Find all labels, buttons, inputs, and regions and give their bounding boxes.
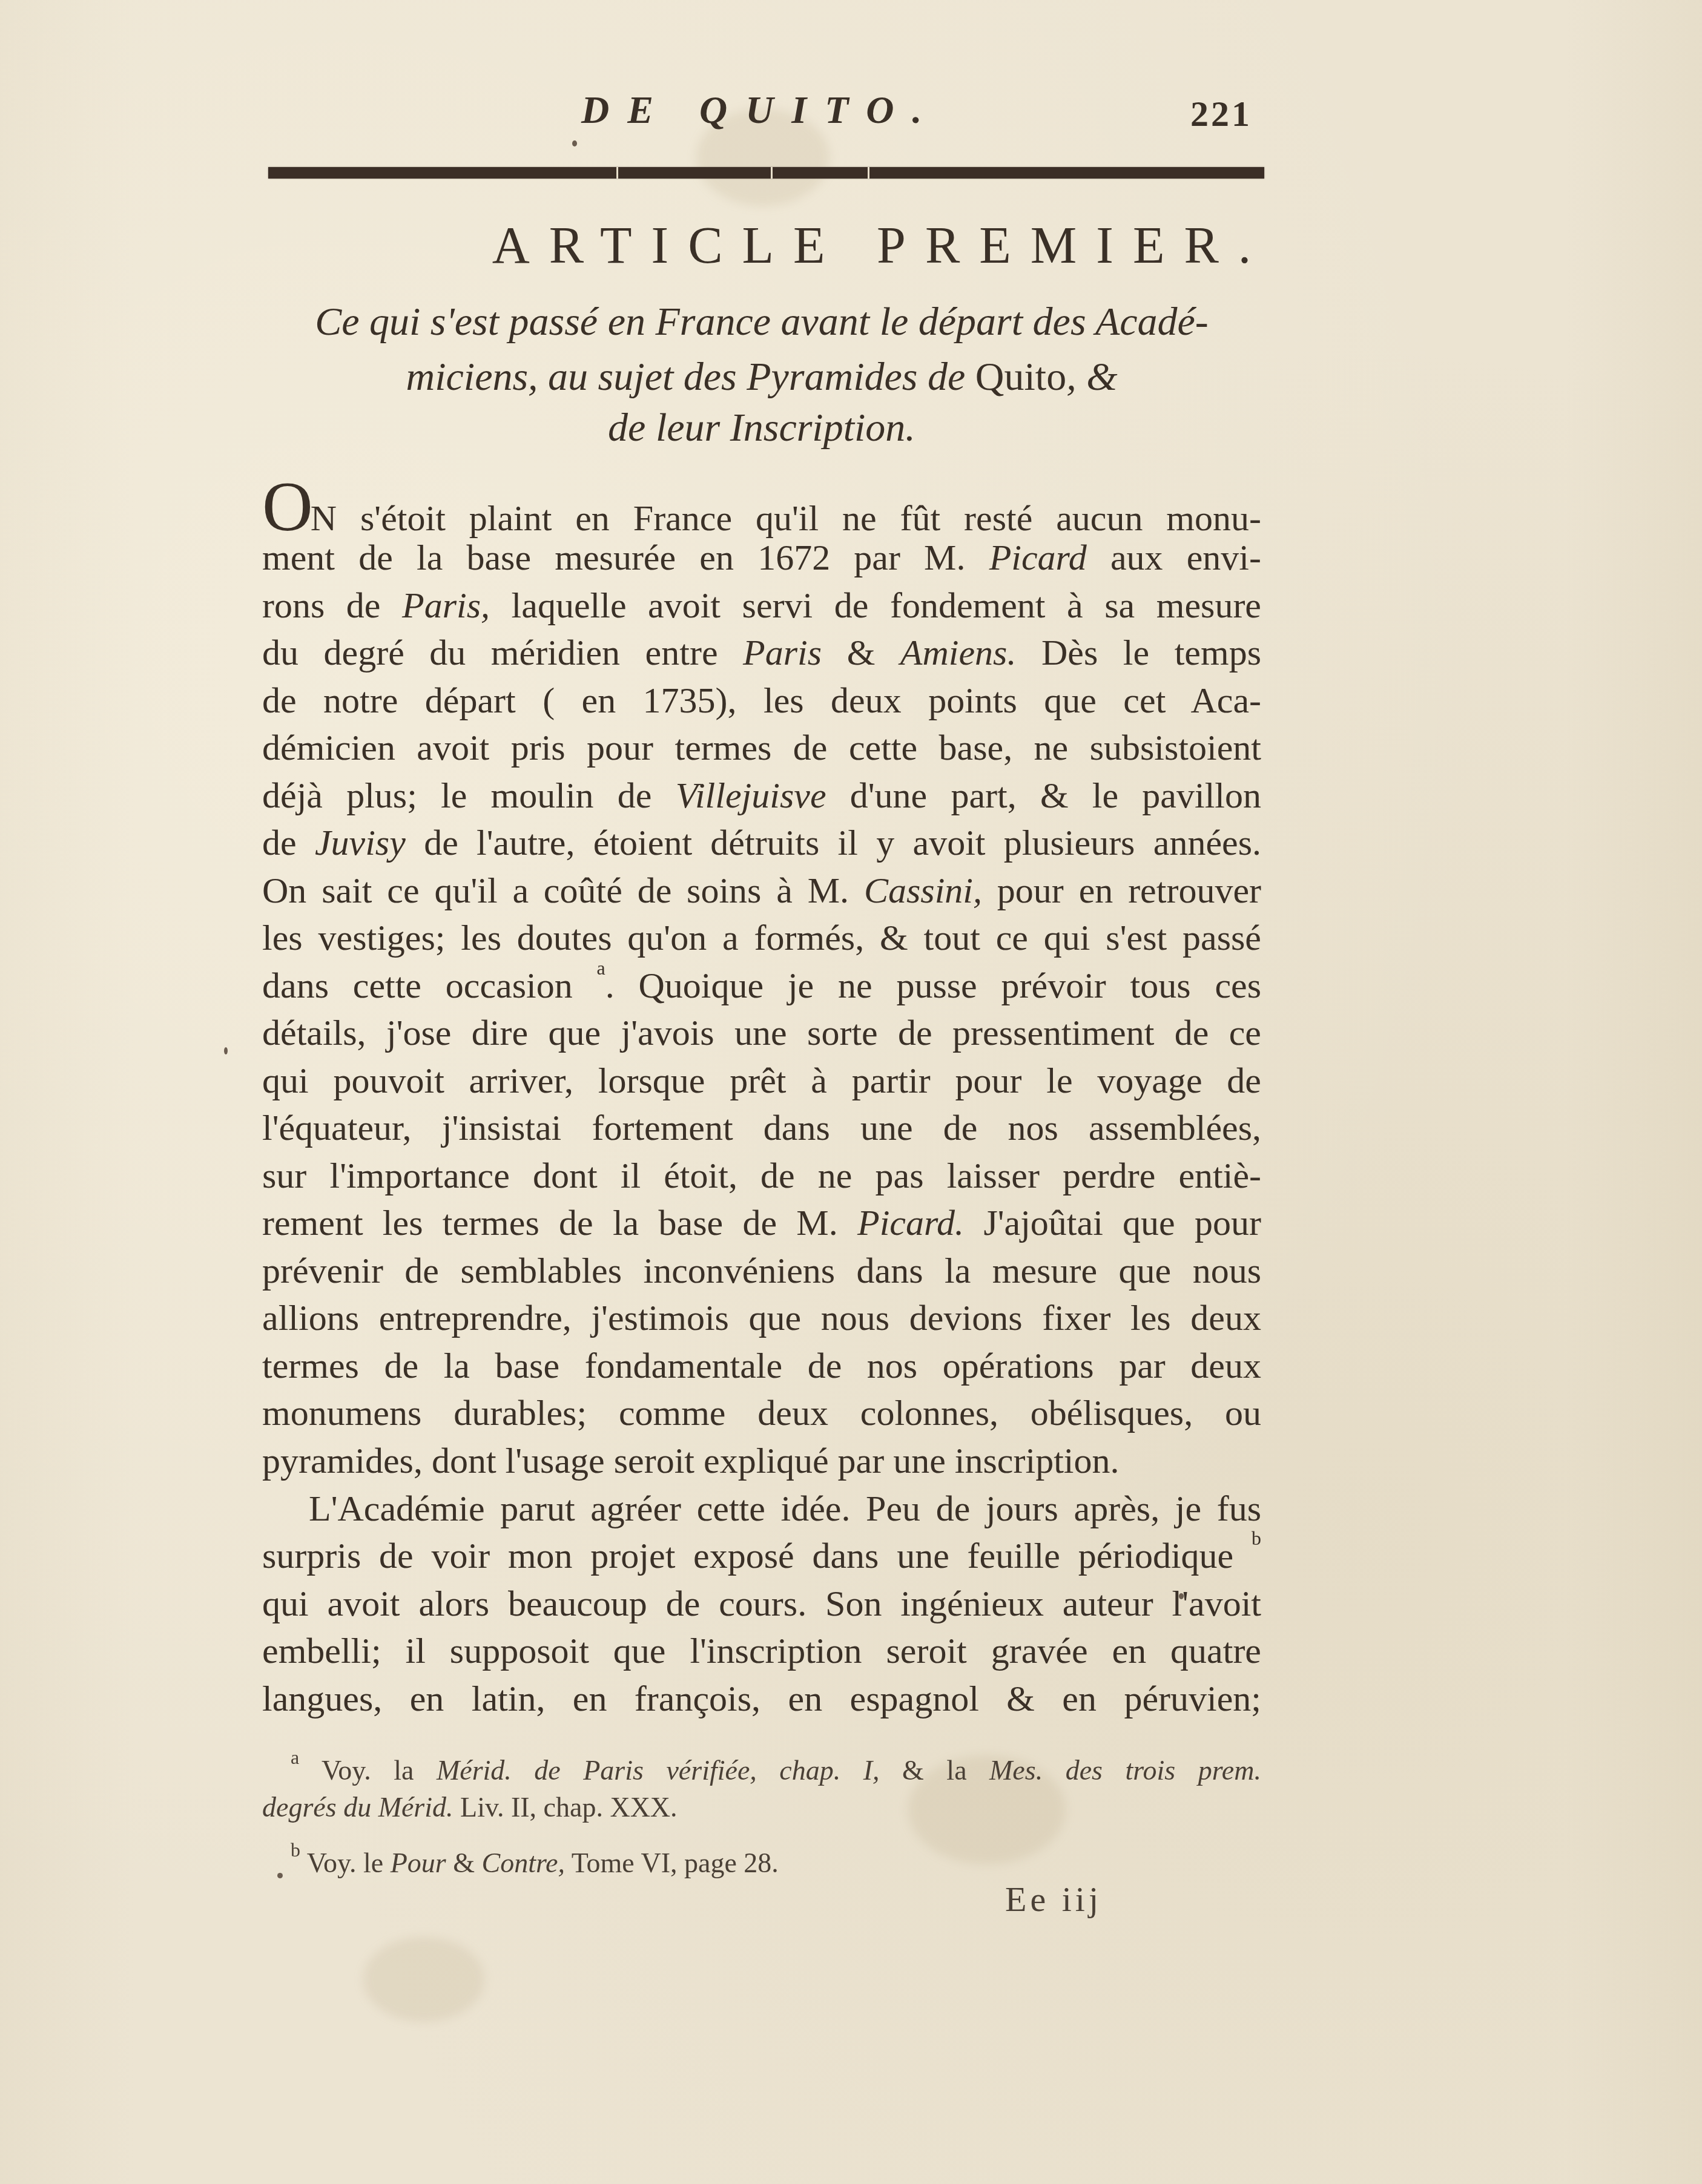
footnote-marker-b: b [291,1839,300,1861]
text-line: les vestiges; les doutes qu'on a formés,… [262,916,1261,959]
text-line: ment de la base mesurée en 1672 par M. P… [262,536,1261,579]
text-line: détails, j'ose dire que j'avois une sort… [262,1011,1261,1054]
text-line: déjà plus; le moulin de Villejuisve d'un… [262,774,1261,817]
text-line: dans cette occasion a. Quoique je ne pus… [262,964,1261,1007]
page-number: 221 [1190,96,1252,132]
ink-speck [572,140,577,146]
text-line: de Juvisy de l'autre, étoient détruits i… [262,821,1261,864]
running-head: DE QUITO. [581,91,940,130]
ink-speck [1179,1593,1184,1599]
text-line: du degré du méridien entre Paris & Amien… [262,631,1261,674]
head-rule [268,167,1264,179]
text-line: allions entreprendre, j'estimois que nou… [262,1297,1261,1339]
ink-speck [277,1873,283,1878]
footnote-ref-b[interactable]: b [1252,1527,1261,1549]
article-subtitle-line-2: miciens, au sujet des Pyramides de Quito… [262,356,1261,398]
text-line: embelli; il supposoit que l'inscription … [262,1630,1261,1672]
article-title: ARTICLE PREMIER. [0,218,1702,272]
text-line: ON s'étoit plaint en France qu'il ne fût… [262,489,1261,531]
footnote-marker-a: a [291,1746,299,1768]
text-line: termes de la base fondamentale de nos op… [262,1344,1261,1387]
text-line: de notre départ ( en 1735), les deux poi… [262,679,1261,722]
text-line: qui pouvoit arriver, lorsque prêt à part… [262,1059,1261,1102]
footnote-ref-a[interactable]: a [597,957,605,979]
text-line: L'Académie parut agréer cette idée. Peu … [309,1487,1261,1530]
ink-speck [224,1047,228,1054]
text-line: sur l'importance dont il étoit, de ne pa… [262,1154,1261,1197]
text-line: démicien avoit pris pour termes de cette… [262,726,1261,769]
text-line: qui avoit alors beaucoup de cours. Son i… [262,1582,1261,1625]
text-line: surpris de voir mon projet exposé dans u… [262,1534,1261,1577]
text-line: On sait ce qu'il a coûté de soins à M. C… [262,869,1261,912]
drop-cap: O [262,469,311,546]
text-line: l'équateur, j'insistai fortement dans un… [262,1107,1261,1149]
footnote-a: a Voy. la Mérid. de Paris vérifiée, chap… [291,1754,1261,1788]
text-line: prévenir de semblables inconvéniens dans… [262,1249,1261,1292]
place-name-quito: Quito [975,355,1066,399]
article-subtitle-line-1: Ce qui s'est passé en France avant le dé… [262,301,1261,343]
footnote-b: b Voy. le Pour & Contre, Tome VI, page 2… [291,1846,1290,1880]
article-subtitle-line-3: de leur Inscription. [262,407,1261,449]
text-line: rons de Paris, laquelle avoit servi de f… [262,584,1261,627]
footnote-a-continued: degrés du Mérid. Liv. II, chap. XXX. [262,1791,1261,1824]
paper-stain [363,1937,484,2022]
text-line: monumens durables; comme deux colonnes, … [262,1392,1261,1434]
text-line: pyramides, dont l'usage seroit expliqué … [262,1439,1261,1482]
text-line: langues, en latin, en françois, en espag… [262,1677,1261,1720]
signature-mark: Ee iij [1005,1881,1102,1918]
text-line: rement les termes de la base de M. Picar… [262,1202,1261,1244]
